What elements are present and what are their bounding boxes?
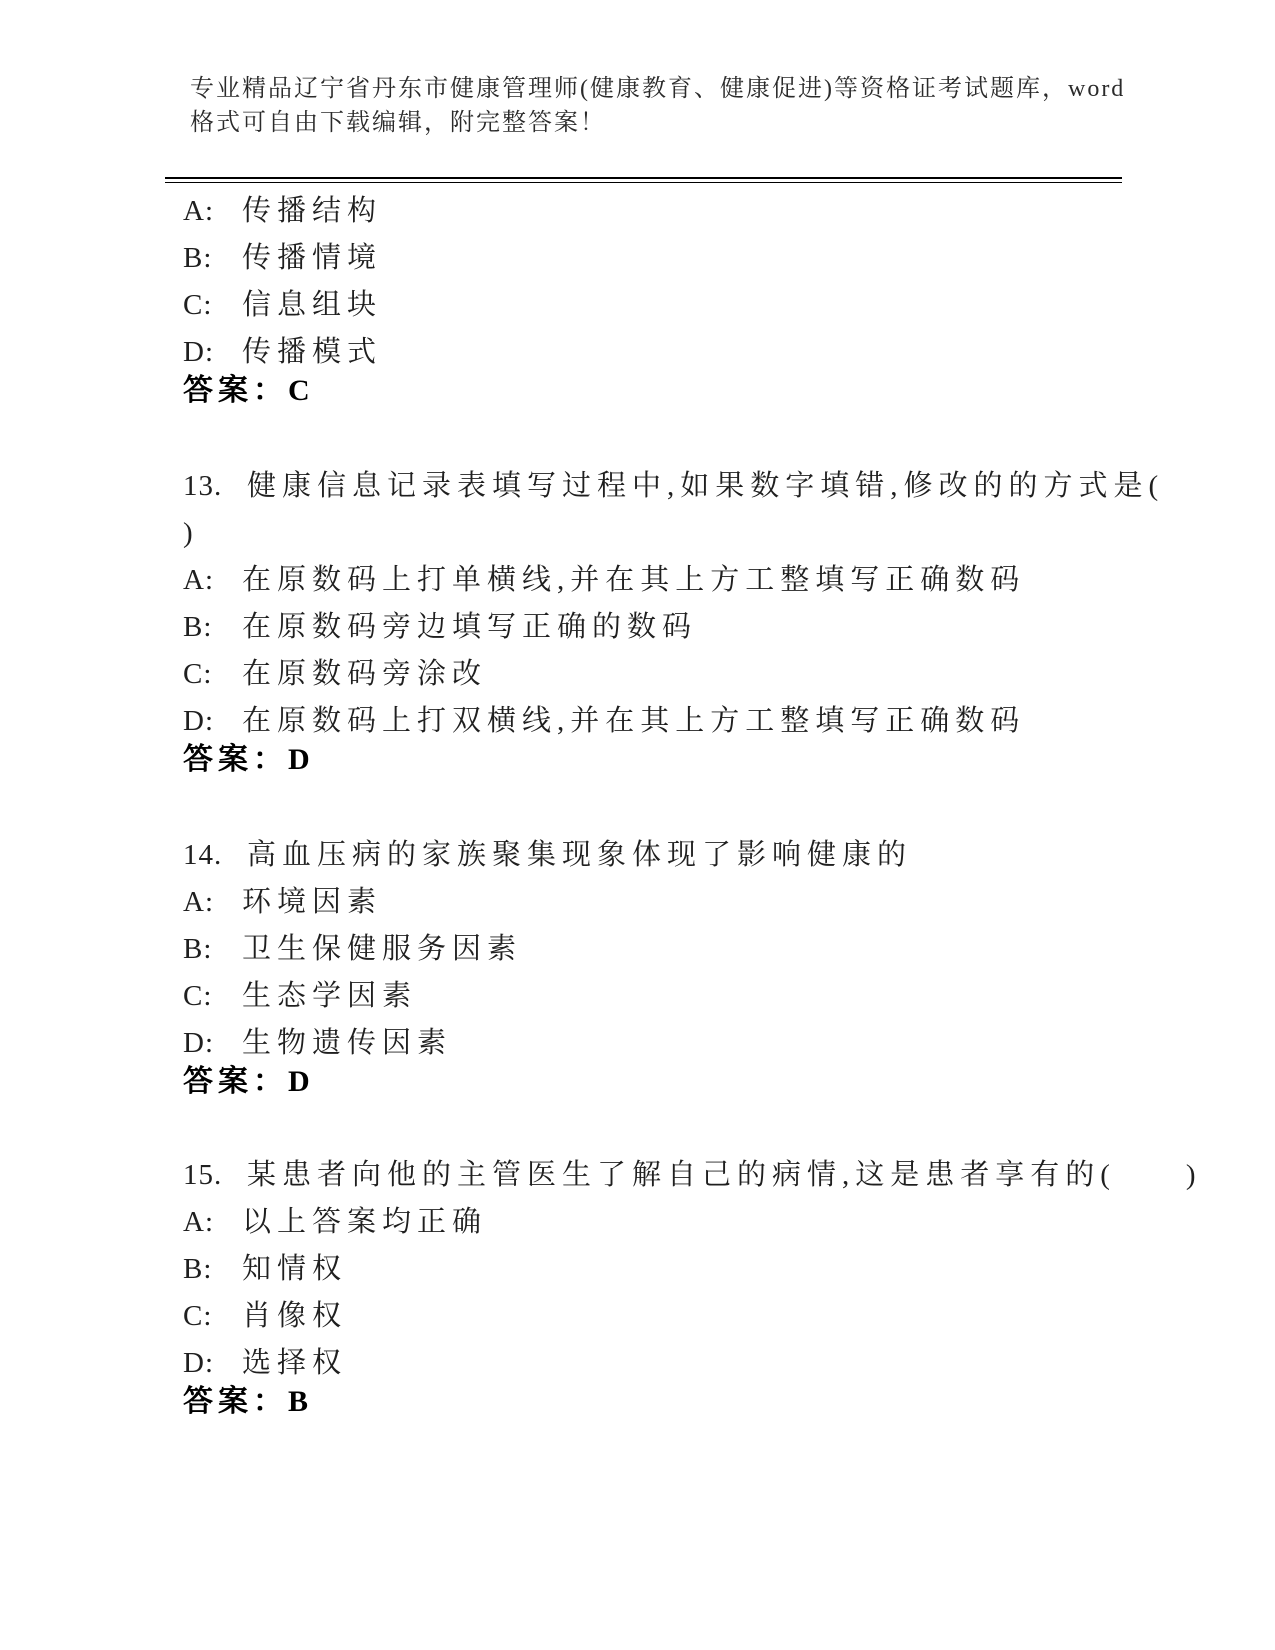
- option-letter: C:: [183, 651, 242, 698]
- option-row: B:卫生保健服务因素: [183, 926, 1213, 973]
- question-text-continuation: ): [183, 510, 1213, 557]
- answer-value: D: [288, 743, 315, 776]
- option-letter: A:: [183, 188, 242, 235]
- option-row: A:环境因素: [183, 879, 1213, 926]
- option-text: 生态学因素: [242, 980, 417, 1012]
- answer-label: 答案：: [183, 1385, 288, 1418]
- question-number: 13.: [183, 463, 247, 510]
- option-text: 在原数码旁涂改: [242, 658, 487, 690]
- header-line: 格式可自由下载编辑，附完整答案！: [190, 106, 1170, 140]
- option-text: 生物遗传因素: [242, 1027, 452, 1059]
- header-line: 专业精品辽宁省丹东市健康管理师(健康教育、健康促进)等资格证考试题库，word: [190, 72, 1170, 106]
- option-letter: A:: [183, 557, 242, 604]
- option-text: 信息组块: [242, 289, 382, 321]
- option-text: 卫生保健服务因素: [242, 933, 522, 965]
- option-row: A:传播结构: [183, 188, 1213, 235]
- answer-value: C: [288, 374, 315, 407]
- option-row: B:知情权: [183, 1246, 1213, 1293]
- answer-label: 答案：: [183, 1065, 288, 1098]
- option-text: 肖像权: [242, 1300, 347, 1332]
- option-row: B:在原数码旁边填写正确的数码: [183, 604, 1213, 651]
- option-row: B:传播情境: [183, 235, 1213, 282]
- question-row: 15.某患者向他的主管医生了解自己的病情,这是患者享有的( ): [183, 1152, 1213, 1199]
- option-text: 在原数码上打单横线,并在其上方工整填写正确数码: [242, 564, 1025, 596]
- question-block: 14.高血压病的家族聚集现象体现了影响健康的 A:环境因素 B:卫生保健服务因素…: [183, 832, 1213, 1105]
- option-letter: A:: [183, 879, 242, 926]
- question-number: 15.: [183, 1152, 247, 1199]
- option-text: 在原数码旁边填写正确的数码: [242, 611, 697, 643]
- option-row: A:以上答案均正确: [183, 1199, 1213, 1246]
- question-row: 14.高血压病的家族聚集现象体现了影响健康的: [183, 832, 1213, 879]
- option-text: 传播情境: [242, 242, 382, 274]
- option-letter: A:: [183, 1199, 242, 1246]
- document-header: 专业精品辽宁省丹东市健康管理师(健康教育、健康促进)等资格证考试题库，word …: [190, 72, 1170, 140]
- question-text: 高血压病的家族聚集现象体现了影响健康的: [247, 839, 912, 871]
- header-separator-line: [165, 177, 1122, 183]
- option-text: 传播模式: [242, 336, 382, 368]
- option-text: 传播结构: [242, 195, 382, 227]
- option-text: 以上答案均正确: [242, 1206, 487, 1238]
- answer-value: D: [288, 1065, 315, 1098]
- document-page: 专业精品辽宁省丹东市健康管理师(健康教育、健康促进)等资格证考试题库，word …: [0, 0, 1275, 1650]
- option-row: C:肖像权: [183, 1293, 1213, 1340]
- option-letter: B:: [183, 235, 242, 282]
- option-letter: B:: [183, 604, 242, 651]
- option-text: 在原数码上打双横线,并在其上方工整填写正确数码: [242, 705, 1025, 737]
- option-letter: C:: [183, 973, 242, 1020]
- answer-label: 答案：: [183, 374, 288, 407]
- option-text: 环境因素: [242, 886, 382, 918]
- option-letter: B:: [183, 926, 242, 973]
- option-row: C:在原数码旁涂改: [183, 651, 1213, 698]
- question-number: 14.: [183, 832, 247, 879]
- option-row: C:生态学因素: [183, 973, 1213, 1020]
- option-row: A:在原数码上打单横线,并在其上方工整填写正确数码: [183, 557, 1213, 604]
- question-text: 健康信息记录表填写过程中,如果数字填错,修改的的方式是(: [247, 470, 1164, 502]
- answer-label: 答案：: [183, 743, 288, 776]
- question-block: A:传播结构 B:传播情境 C:信息组块 D:传播模式 答案：C: [183, 188, 1213, 414]
- answer-value: B: [288, 1385, 313, 1418]
- option-text: 选择权: [242, 1347, 347, 1379]
- question-text: 某患者向他的主管医生了解自己的病情,这是患者享有的( ): [247, 1159, 1202, 1191]
- question-block: 13.健康信息记录表填写过程中,如果数字填错,修改的的方式是( ) A:在原数码…: [183, 463, 1213, 783]
- question-block: 15.某患者向他的主管医生了解自己的病情,这是患者享有的( ) A:以上答案均正…: [183, 1152, 1213, 1425]
- option-text: 知情权: [242, 1253, 347, 1285]
- option-letter: B:: [183, 1246, 242, 1293]
- option-letter: C:: [183, 282, 242, 329]
- question-row: 13.健康信息记录表填写过程中,如果数字填错,修改的的方式是(: [183, 463, 1213, 510]
- option-row: C:信息组块: [183, 282, 1213, 329]
- option-letter: C:: [183, 1293, 242, 1340]
